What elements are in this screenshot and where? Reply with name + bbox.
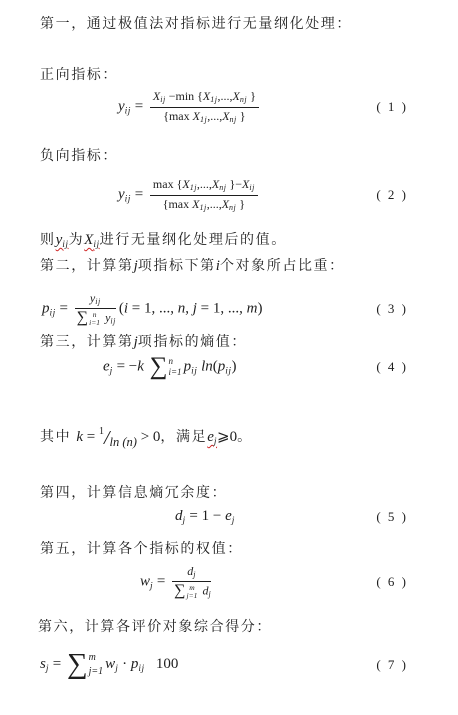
equation-2: yij = max {X1j,...,Xnj }−Xij{max X1j,...… [0, 173, 458, 217]
equation-3-number: ( 3 ) [376, 301, 408, 317]
equation-6-number: ( 6 ) [376, 574, 408, 590]
equation-3: pij = yij∑ni=1 yij(i = 1, ..., n, j = 1,… [0, 286, 458, 332]
equation-1-math: yij = Xij −min {X1j,...,Xnj }{max X1j,..… [118, 89, 262, 125]
step2-text: 第二，计算第j项指标下第i个对象所占比重： [40, 255, 345, 278]
k-condition-text: 其中 k = 1/ln (n) > 0，满足ej⩾0。 [40, 421, 253, 453]
equation-7-math: sj = ∑mj=1wj · pij 100 [40, 651, 178, 679]
negative-indicator-label: 负向指标： [40, 147, 118, 166]
normalized-value-note: 则yij为Xij进行无量纲化处理后的值。 [40, 229, 287, 256]
equation-1: yij = Xij −min {X1j,...,Xnj }{max X1j,..… [0, 85, 458, 129]
equation-5: dj = 1 − ej ( 5 ) [0, 505, 458, 529]
step4-text: 第四，计算信息熵冗余度： [40, 484, 227, 503]
equation-7-number: ( 7 ) [376, 657, 408, 673]
equation-3-math: pij = yij∑ni=1 yij(i = 1, ..., n, j = 1,… [42, 291, 262, 327]
equation-4: ej = −k ∑ni=1pij ln(pij) ( 4 ) [0, 349, 458, 385]
equation-2-number: ( 2 ) [376, 187, 408, 203]
equation-5-number: ( 5 ) [376, 509, 408, 525]
equation-1-number: ( 1 ) [376, 99, 408, 115]
step1-text: 第一，通过极值法对指标进行无量纲化处理： [40, 15, 352, 34]
step6-text: 第六，计算各评价对象综合得分： [38, 618, 272, 637]
equation-5-math: dj = 1 − ej [175, 508, 235, 526]
equation-6: wj = dj∑mj=1 dj ( 6 ) [0, 560, 458, 604]
equation-7: sj = ∑mj=1wj · pij 100 ( 7 ) [0, 646, 458, 684]
equation-6-math: wj = dj∑mj=1 dj [140, 564, 214, 600]
document-page: 第一，通过极值法对指标进行无量纲化处理： 正向指标： yij = Xij −mi… [0, 0, 458, 715]
step5-text: 第五，计算各个指标的权值： [40, 540, 243, 559]
positive-indicator-label: 正向指标： [40, 66, 118, 85]
equation-4-number: ( 4 ) [376, 359, 408, 375]
equation-4-math: ej = −k ∑ni=1pij ln(pij) [103, 355, 237, 379]
equation-2-math: yij = max {X1j,...,Xnj }−Xij{max X1j,...… [118, 177, 261, 213]
